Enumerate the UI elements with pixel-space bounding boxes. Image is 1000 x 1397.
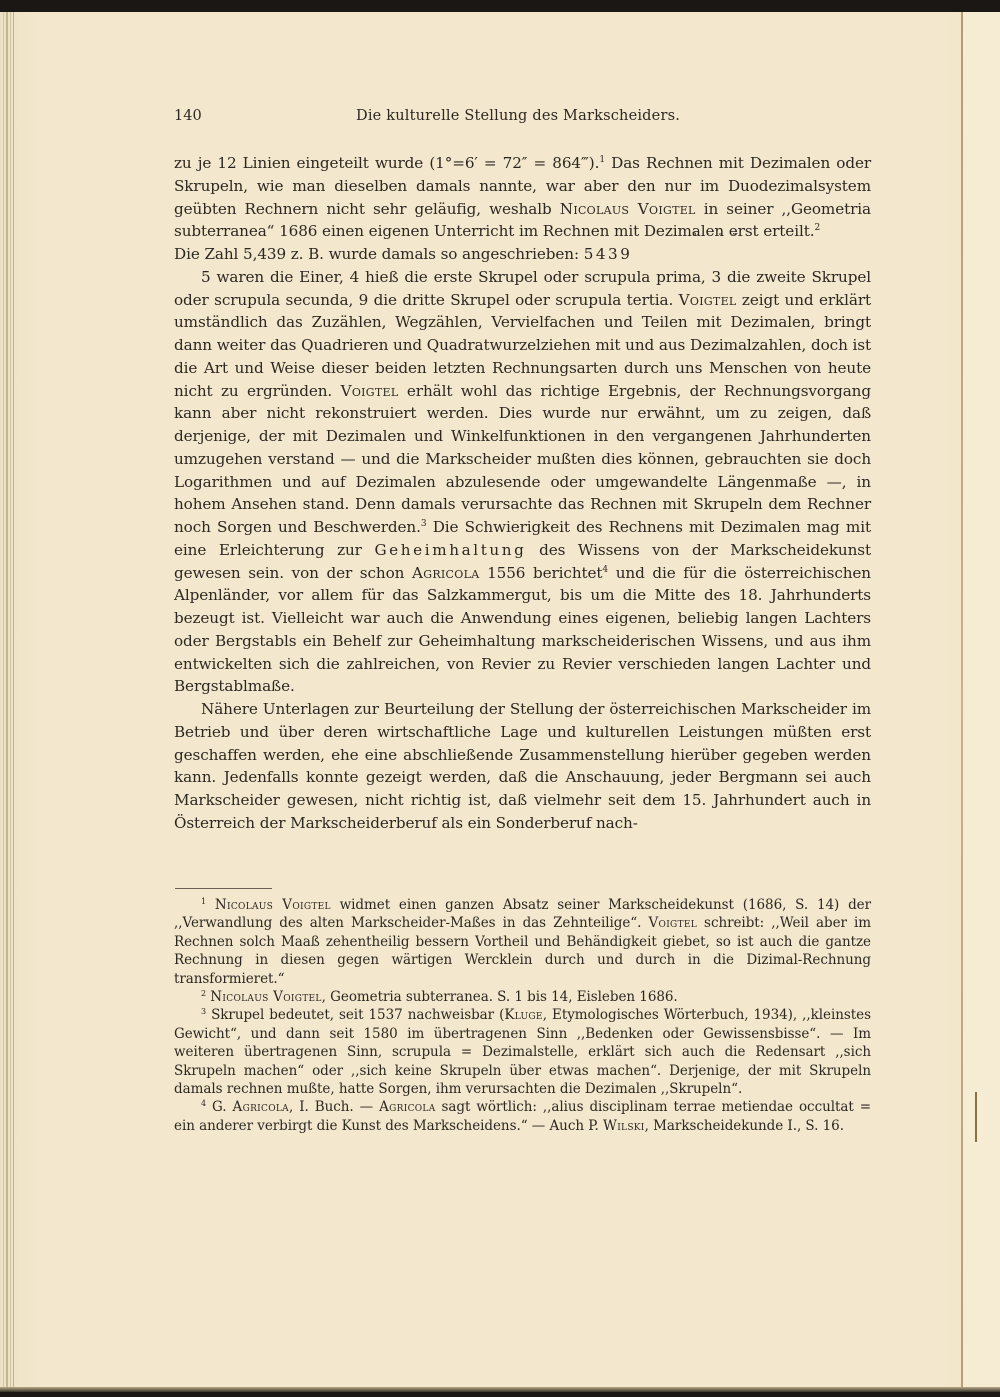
paragraph-2: ° ′ ″ ‴Die Zahl 5,439 z. B. wurde damals…	[174, 243, 871, 266]
footnotes: 1 Nicolaus Voigtel widmet einen ganzen A…	[174, 896, 871, 1135]
bottom-shadow	[0, 1387, 1000, 1392]
book-gutter-line	[961, 12, 963, 1392]
page-header: 140 Die kulturelle Stellung des Marksche…	[174, 108, 871, 132]
page-stack-edge	[6, 12, 8, 1392]
author-name: Agricola	[412, 564, 479, 582]
page-number: 140	[174, 108, 202, 124]
author-name: Voigtel	[341, 382, 399, 400]
author-name: Nicolaus Voigtel	[215, 897, 331, 913]
author-name: Wilski	[603, 1118, 645, 1134]
body-text: zu je 12 Linien eingeteilt wurde (1°=6′ …	[174, 152, 871, 835]
gutter-mark	[975, 1092, 977, 1142]
footnote-separator	[175, 888, 272, 889]
paragraph-4: Nähere Unterlagen zur Beurteilung der St…	[174, 698, 871, 835]
author-name: Nicolaus Voigtel	[210, 989, 321, 1005]
footnote-number: 1	[201, 897, 206, 906]
author-name: Kluge	[504, 1007, 542, 1023]
author-name: Voigtel	[679, 291, 737, 309]
footnote-number: 2	[201, 989, 206, 998]
spaced-emphasis: Geheimhaltung	[374, 541, 526, 559]
footnote-ref[interactable]: 2	[814, 223, 820, 233]
page-stack-edge	[13, 12, 14, 1392]
author-name: Voigtel	[648, 915, 697, 931]
scanned-page-background: 140 Die kulturelle Stellung des Marksche…	[0, 0, 1000, 1397]
footnote-3: 3 Skrupel bedeutet, seit 1537 nachweisba…	[174, 1006, 871, 1098]
author-name: Agricola	[233, 1099, 289, 1115]
page-stack-edge	[3, 12, 4, 1392]
footnote-2: 2 Nicolaus Voigtel, Geometria subterrane…	[174, 988, 871, 1006]
page-stack-edge	[10, 12, 11, 1392]
footnote-4: 4 G. Agricola, I. Buch. — Agricola sagt …	[174, 1098, 871, 1135]
paragraph-3: 5 waren die Einer, 4 hieß die erste Skru…	[174, 266, 871, 698]
paragraph-1: zu je 12 Linien eingeteilt wurde (1°=6′ …	[174, 152, 871, 243]
author-name: Nicolaus Voigtel	[560, 200, 696, 218]
facing-page-strip	[963, 12, 1000, 1392]
running-head: Die kulturelle Stellung des Markscheider…	[356, 108, 680, 124]
author-name: Agricola	[379, 1099, 435, 1115]
number-example: 5439	[584, 245, 633, 263]
footnote-1: 1 Nicolaus Voigtel widmet einen ganzen A…	[174, 896, 871, 988]
